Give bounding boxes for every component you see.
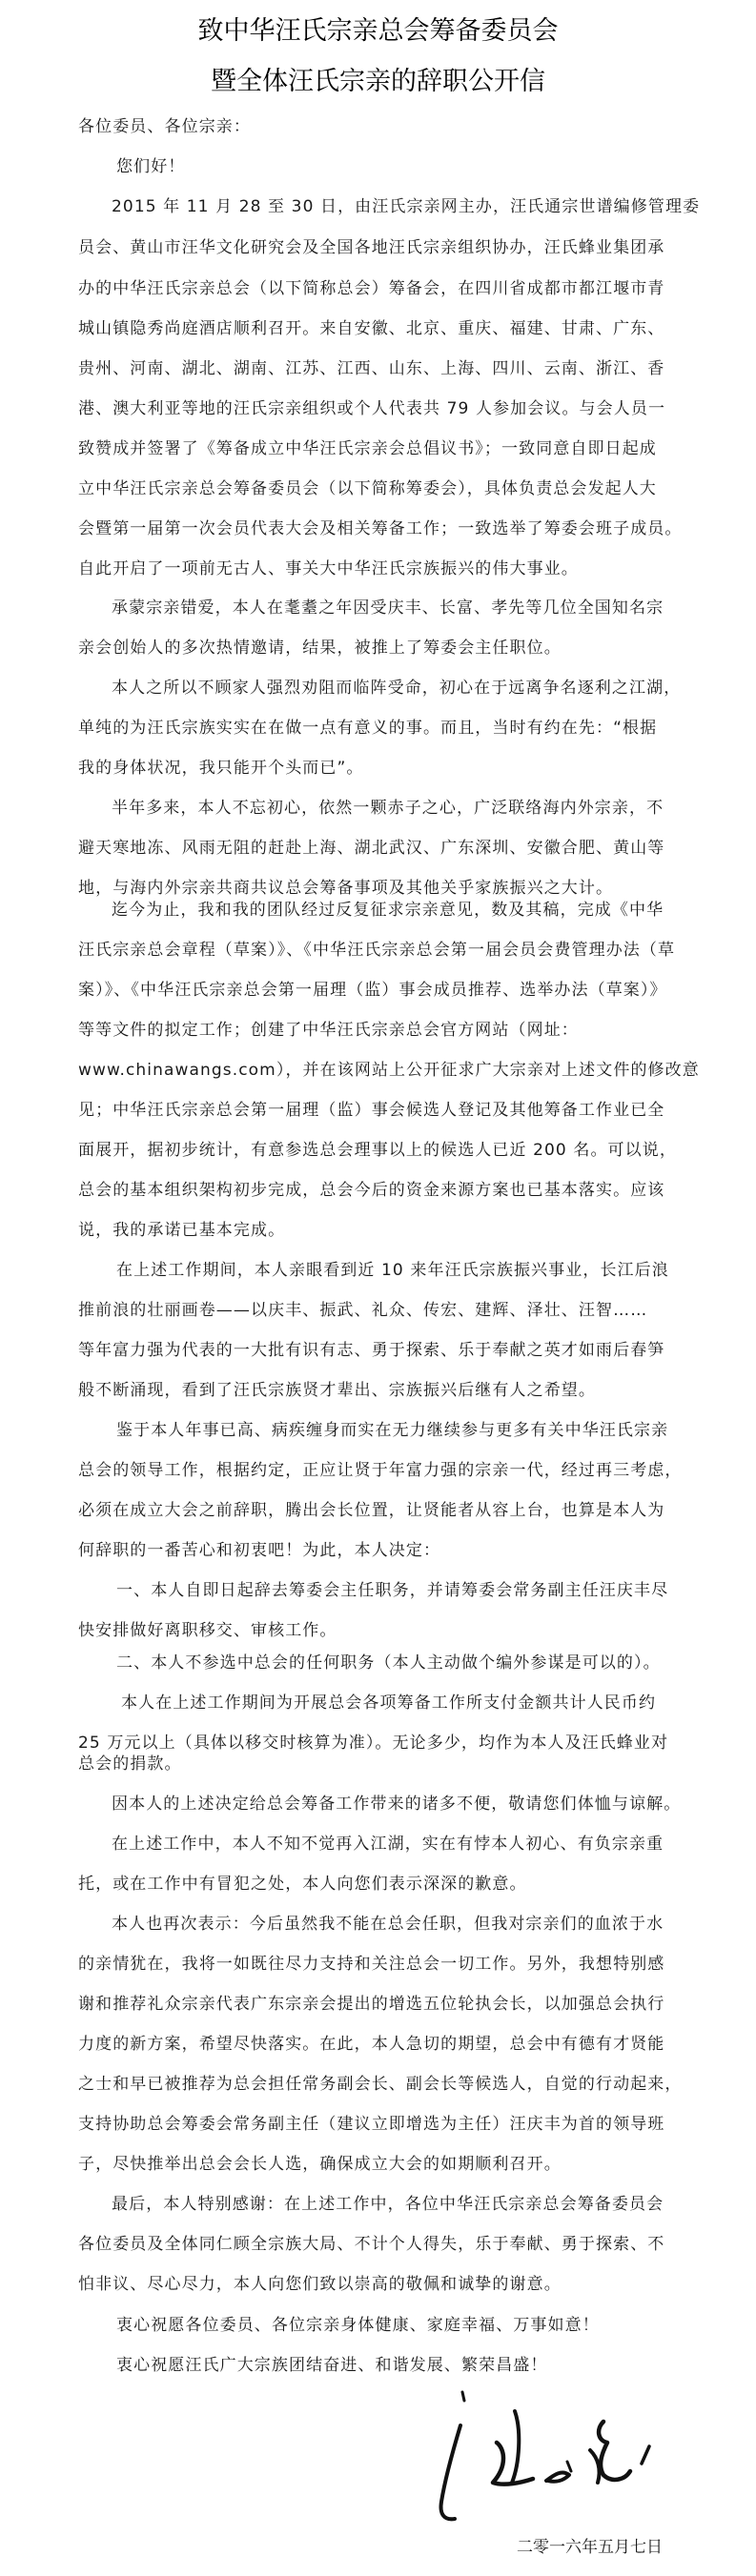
body-text-line: 致赞成并签署了《筹备成立中华汪氏宗亲会总倡议书》；一致同意自即日起成 bbox=[78, 438, 657, 459]
body-text-line: 各位委员及全体同仁顾全宗族大局、不计个人得失，乐于奉献、勇于探索、不 bbox=[78, 2234, 664, 2255]
letter-page: 致中华汪氏宗亲总会筹备委员会 暨全体汪氏宗亲的辞职公开信 各位委员、各位宗亲： … bbox=[0, 0, 756, 2576]
body-text-line: 2015 年 11 月 28 至 30 日，由汪氏宗亲网主办，汪氏通宗世谱编修管… bbox=[112, 196, 700, 217]
body-text-line: 因本人的上述决定给总会筹备工作带来的诸多不便，敬请您们体恤与谅解。 bbox=[112, 1794, 681, 1815]
body-text-line: 单纯的为汪氏宗族实实在在做一点有意义的事。而且，当时有约在先：“根据 bbox=[78, 718, 657, 739]
body-text-line: 贵州、河南、湖北、湖南、江苏、江西、山东、上海、四川、云南、浙江、香 bbox=[78, 358, 664, 379]
body-text-line: 本人之所以不顾家人强烈劝阻而临阵受命，初心在于远离争名逐利之江湖， bbox=[112, 678, 681, 699]
body-text-line: 迄今为止，我和我的团队经过反复征求宗亲意见，数及其稿，完成《中华 bbox=[112, 900, 664, 921]
title-line-1: 致中华汪氏宗亲总会筹备委员会 bbox=[0, 15, 756, 48]
body-text-line: 支持协助总会筹委会常务副主任（建议立即增选为主任）汪庆丰为首的领导班 bbox=[78, 2114, 664, 2135]
body-text-line: 城山镇隐秀尚庭酒店顺利召开。来自安徽、北京、重庆、福建、甘肃、广东、 bbox=[78, 318, 664, 339]
body-text-line: 最后，本人特别感谢：在上述工作中，各位中华汪氏宗亲总会筹备委员会 bbox=[112, 2194, 664, 2215]
body-text-line: 力度的新方案，希望尽快落实。在此，本人急切的期望，总会中有德有才贤能 bbox=[78, 2034, 664, 2055]
body-text-line: 之士和早已被推荐为总会担任常务副会长、副会长等候选人，自觉的行动起来， bbox=[78, 2074, 683, 2095]
body-text-line: 子，尽快推举出总会会长人选，确保成立大会的如期顺利召开。 bbox=[78, 2154, 562, 2175]
body-text-line: 必须在成立大会之前辞职，腾出会长位置，让贤能者从容上台，也算是本人为 bbox=[78, 1500, 664, 1521]
body-text-line: 二、本人不参选中总会的任何职务（本人主动做个编外参谋是可以的）。 bbox=[116, 1653, 661, 1673]
body-text-line: 本人在上述工作期间为开展总会各项筹备工作所支付金额共计人民币约 bbox=[121, 1693, 656, 1714]
body-text-line: 衷心祝愿汪氏广大宗族团结奋进、和谐发展、繁荣昌盛！ bbox=[116, 2355, 548, 2376]
body-text-line: 的亲情犹在，我将一如既往尽力支持和关注总会一切工作。另外，我想特别感 bbox=[78, 1954, 664, 1975]
body-text-line: 总会的基本组织架构初步完成，总会今后的资金来源方案也已基本落实。应该 bbox=[78, 1180, 664, 1201]
body-text-line: 承蒙宗亲错爱，本人在耄耋之年因受庆丰、长富、孝先等几位全国知名宗 bbox=[112, 598, 664, 619]
body-text-line: 说，我的承诺已基本完成。 bbox=[78, 1220, 285, 1241]
body-text-line: 会暨第一届第一次会员代表大会及相关筹备工作；一致选举了筹委会班子成员。 bbox=[78, 518, 683, 539]
body-text-line: 自此开启了一项前无古人、事关大中华汪氏宗族振兴的伟大事业。 bbox=[78, 558, 579, 579]
body-text-line: 般不断涌现，看到了汪氏宗族贤才辈出、宗族振兴后继有人之希望。 bbox=[78, 1380, 596, 1401]
body-text-line: 立中华汪氏宗亲总会筹备委员会（以下简称筹委会），具体负责总会发起人大 bbox=[78, 478, 657, 499]
body-text-line: 员会、黄山市汪华文化研究会及全国各地汪氏宗亲组织协办，汪氏蜂业集团承 bbox=[78, 237, 664, 258]
body-text-line: 港、澳大利亚等地的汪氏宗亲组织或个人代表共 79 人参加会议。与会人员一 bbox=[78, 398, 665, 419]
body-text-line: 快安排做好离职移交、审核工作。 bbox=[78, 1620, 337, 1641]
body-text-line: 在上述工作期间，本人亲眼看到近 10 来年汪氏宗族振兴事业，长江后浪 bbox=[116, 1260, 669, 1281]
title-line-2: 暨全体汪氏宗亲的辞职公开信 bbox=[0, 66, 756, 98]
body-text-line: 等年富力强为代表的一大批有识有志、勇于探索、乐于奉献之英才如雨后春笋 bbox=[78, 1340, 664, 1361]
body-text-line: 半年多来，本人不忘初心，依然一颗赤子之心，广泛联络海内外宗亲，不 bbox=[112, 798, 664, 819]
body-text-line: 总会的领导工作，根据约定，正应让贤于年富力强的宗亲一代，经过再三考虑， bbox=[78, 1460, 683, 1481]
body-text-line: 25 万元以上（具体以移交时核算为准）。无论多少，均作为本人及汪氏蜂业对 bbox=[78, 1733, 668, 1754]
body-text-line: 等等文件的拟定工作；创建了中华汪氏宗亲总会官方网站（网址： bbox=[78, 1020, 579, 1041]
body-text-line: 托，或在工作中有冒犯之处，本人向您们表示深深的歉意。 bbox=[78, 1874, 527, 1895]
body-text-line: 衷心祝愿各位委员、各位宗亲身体健康、家庭幸福、万事如意！ bbox=[116, 2315, 600, 2336]
body-text-line: 本人也再次表示：今后虽然我不能在总会任职，但我对宗亲们的血浓于水 bbox=[112, 1914, 664, 1935]
date-line: 二零一六年五月七日 bbox=[517, 2537, 663, 2558]
body-text-line: 在上述工作中，本人不知不觉再入江湖，实在有悖本人初心、有负宗亲重 bbox=[112, 1834, 664, 1855]
body-text-line: 案）》、《中华汪氏宗亲总会第一届理（监）事会成员推荐、选举办法（草案）》 bbox=[78, 980, 667, 1001]
body-text-line: 汪氏宗亲总会章程（草案）》、《中华汪氏宗亲总会第一届会员会费管理办法（草 bbox=[78, 940, 675, 961]
body-text-line: 何辞职的一番苦心和初衷吧！为此，本人决定： bbox=[78, 1540, 440, 1561]
body-text-line: www.chinawangs.com），并在该网站上公开征求广大宗亲对上述文件的… bbox=[78, 1060, 700, 1081]
body-text-line: 面展开，据初步统计，有意参选总会理事以上的候选人已近 200 名。可以说， bbox=[78, 1140, 677, 1161]
body-text-line: 见；中华汪氏宗亲总会第一届理（监）事会候选人登记及其他筹备工作业已全 bbox=[78, 1100, 664, 1121]
body-text-line: 地，与海内外宗亲共商共议总会筹备事项及其他关乎家族振兴之大计。 bbox=[78, 878, 613, 899]
body-text-line: 避天寒地冻、风雨无阻的赶赴上海、湖北武汉、广东深圳、安徽合肥、黄山等 bbox=[78, 838, 664, 859]
body-text-line: 办的中华汪氏宗亲总会（以下简称总会）筹备会，在四川省成都市都江堰市青 bbox=[78, 278, 664, 299]
body-text-line: 怕非议、尽心尽力，本人向您们致以崇高的敬佩和诚挚的谢意。 bbox=[78, 2274, 562, 2295]
signature-image bbox=[434, 2387, 663, 2530]
greeting: 您们好！ bbox=[116, 156, 185, 177]
body-text-line: 总会的捐款。 bbox=[78, 1754, 182, 1775]
body-text-line: 一、本人自即日起辞去筹委会主任职务，并请筹委会常务副主任汪庆丰尽 bbox=[116, 1580, 668, 1601]
body-text-line: 推前浪的壮丽画卷——以庆丰、振武、礼众、传宏、建辉、泽壮、汪智…… bbox=[78, 1300, 647, 1321]
salutation: 各位委员、各位宗亲： bbox=[78, 116, 251, 137]
body-text-line: 我的身体状况，我只能开个头而已”。 bbox=[78, 758, 364, 779]
body-text-line: 亲会创始人的多次热情邀请，结果，被推上了筹委会主任职位。 bbox=[78, 638, 562, 659]
body-text-line: 谢和推荐礼众宗亲代表广东宗亲会提出的增选五位轮执会长，以加强总会执行 bbox=[78, 1994, 664, 2015]
body-text-line: 鉴于本人年事已高、病疾缠身而实在无力继续参与更多有关中华汪氏宗亲 bbox=[116, 1420, 668, 1441]
